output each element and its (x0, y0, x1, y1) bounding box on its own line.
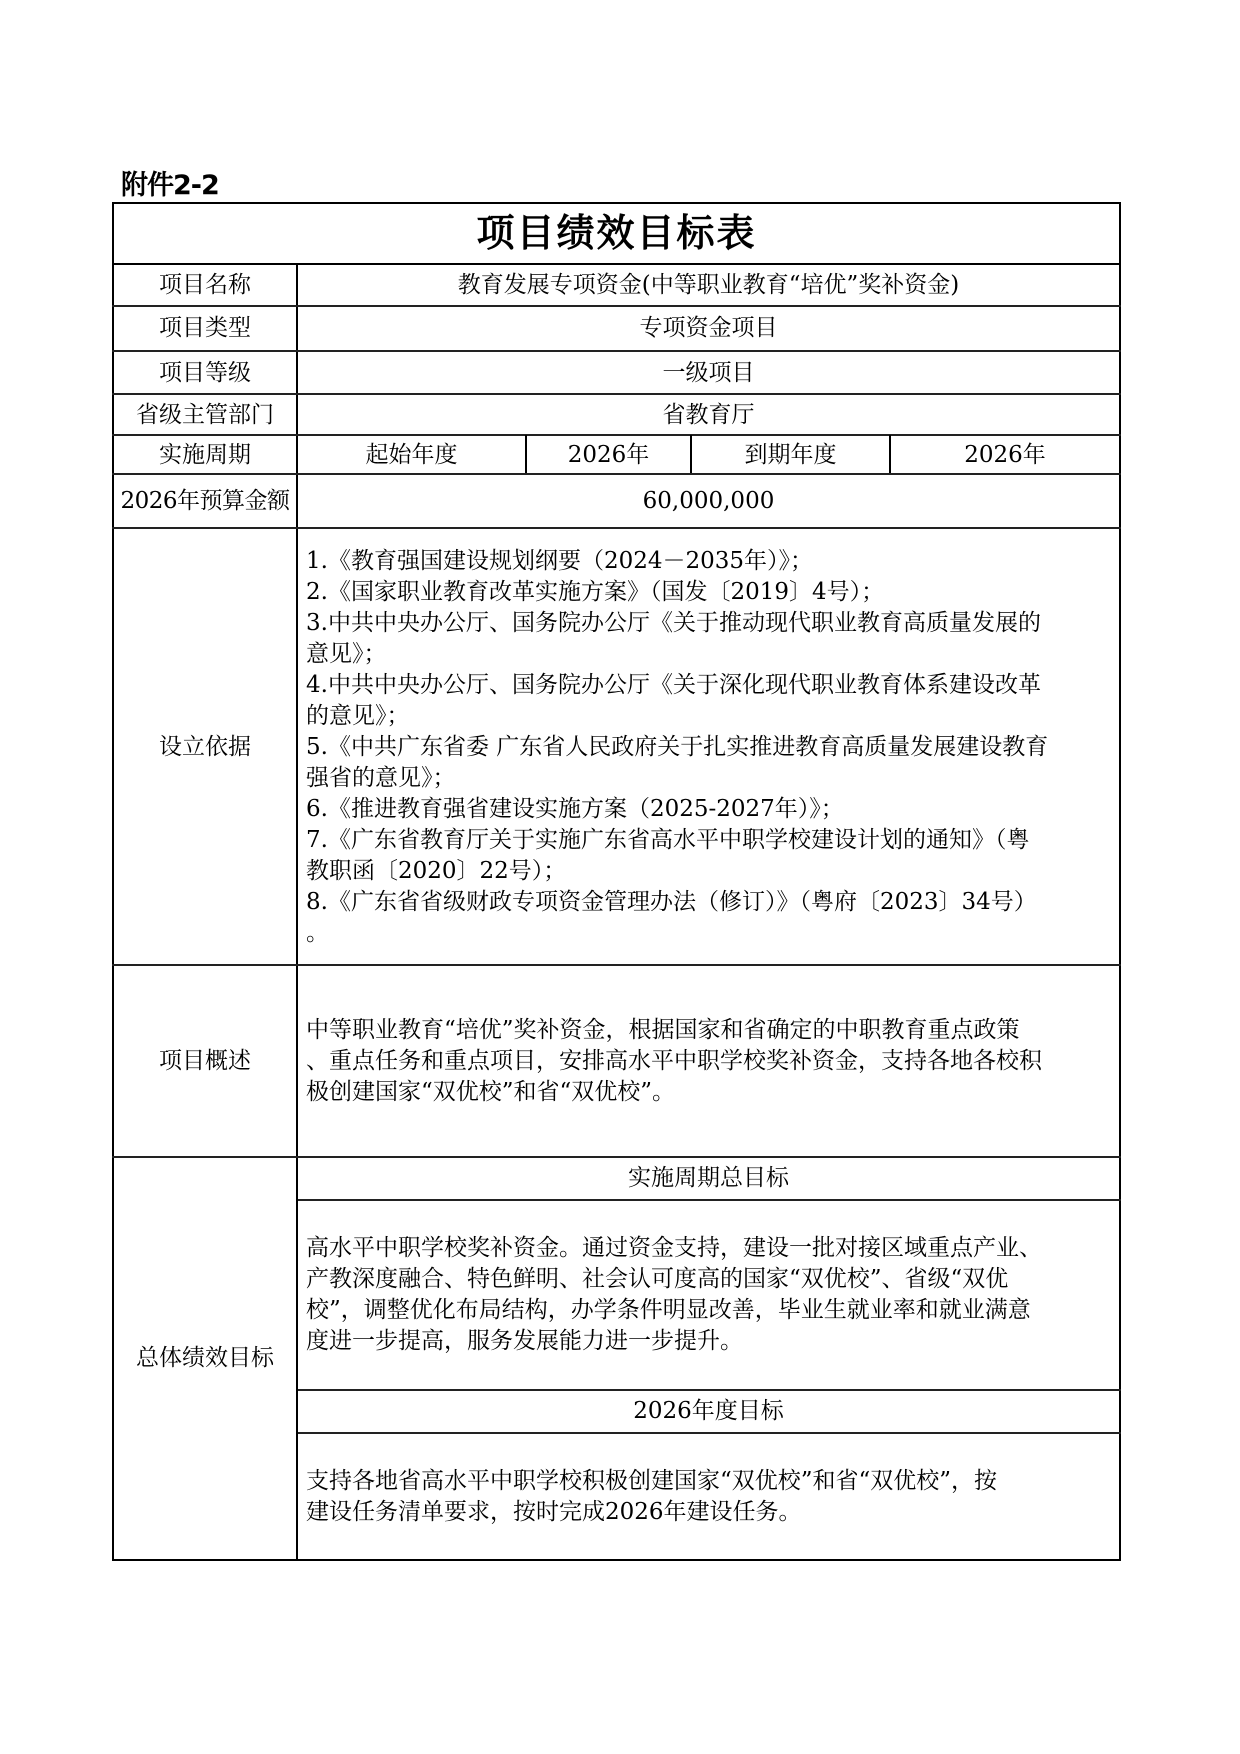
label-project-type: 项目类型 (114, 307, 296, 350)
value-end-year: 2026年 (891, 436, 1119, 474)
period-goal-text: 高水平中职学校奖补资金。通过资金支持，建设一批对接区域重点产业、 产教深度融合、… (298, 1201, 1119, 1389)
value-project-level: 一级项目 (298, 352, 1119, 394)
basis-line: 8.《广东省省级财政专项资金管理办法（修订）》（粤府〔2023〕34号） (306, 887, 1048, 918)
basis-line: 4.中共中央办公厅、国务院办公厅《关于深化现代职业教育体系建设改革 (306, 670, 1048, 701)
period-goal-header: 实施周期总目标 (298, 1158, 1119, 1199)
period-goal-line: 度进一步提高，服务发展能力进一步提升。 (306, 1326, 1042, 1357)
value-basis: 1.《教育强国建设规划纲要（2024－2035年）》； 2.《国家职业教育改革实… (298, 529, 1119, 965)
basis-line: 7.《广东省教育厅关于实施广东省高水平中职学校建设计划的通知》（粤 (306, 825, 1048, 856)
basis-line: 强省的意见》； (306, 763, 1048, 794)
annual-goal-line: 建设任务清单要求，按时完成2026年建设任务。 (306, 1497, 997, 1528)
label-start-year: 起始年度 (298, 436, 525, 474)
overview-line: 中等职业教育“培优”奖补资金，根据国家和省确定的中职教育重点政策 (306, 1015, 1042, 1046)
label-department: 省级主管部门 (114, 395, 296, 435)
value-budget: 60,000,000 (298, 475, 1119, 527)
label-period: 实施周期 (114, 436, 296, 474)
table-title: 项目绩效目标表 (112, 202, 1121, 264)
value-start-year: 2026年 (527, 436, 690, 474)
overview-line: 极创建国家“双优校”和省“双优校”。 (306, 1077, 1042, 1108)
overview-line: 、重点任务和重点项目，安排高水平中职学校奖补资金，支持各地各校积 (306, 1046, 1042, 1077)
annual-goal-lines: 支持各地省高水平中职学校积极创建国家“双优校”和省“双优校”，按 建设任务清单要… (306, 1466, 997, 1528)
basis-line: 教职函〔2020〕22号）； (306, 856, 1048, 887)
annual-goal-text: 支持各地省高水平中职学校积极创建国家“双优校”和省“双优校”，按 建设任务清单要… (298, 1434, 1119, 1559)
basis-line: 的意见》； (306, 701, 1048, 732)
basis-line: 意见》； (306, 639, 1048, 670)
basis-line: 5.《中共广东省委 广东省人民政府关于扎实推进教育高质量发展建设教育 (306, 732, 1048, 763)
basis-list: 1.《教育强国建设规划纲要（2024－2035年）》； 2.《国家职业教育改革实… (306, 546, 1048, 949)
basis-line: 。 (306, 918, 1048, 949)
label-project-level: 项目等级 (114, 352, 296, 394)
label-project-name: 项目名称 (114, 264, 296, 306)
overview-text: 中等职业教育“培优”奖补资金，根据国家和省确定的中职教育重点政策 、重点任务和重… (306, 1015, 1042, 1108)
value-department: 省教育厅 (298, 395, 1119, 435)
annual-goal-header: 2026年度目标 (298, 1391, 1119, 1432)
label-budget: 2026年预算金额 (114, 475, 296, 527)
basis-line: 1.《教育强国建设规划纲要（2024－2035年）》； (306, 546, 1048, 577)
basis-line: 2.《国家职业教育改革实施方案》（国发〔2019〕4号）； (306, 577, 1048, 608)
label-end-year: 到期年度 (692, 436, 889, 474)
label-basis: 设立依据 (114, 529, 296, 965)
attachment-label: 附件2-2 (121, 163, 219, 202)
basis-line: 3.中共中央办公厅、国务院办公厅《关于推动现代职业教育高质量发展的 (306, 608, 1048, 639)
annual-goal-line: 支持各地省高水平中职学校积极创建国家“双优校”和省“双优校”，按 (306, 1466, 997, 1497)
period-goal-line: 产教深度融合、特色鲜明、社会认可度高的国家“双优校”、省级“双优 (306, 1264, 1042, 1295)
period-goal-line: 高水平中职学校奖补资金。通过资金支持，建设一批对接区域重点产业、 (306, 1233, 1042, 1264)
value-overview: 中等职业教育“培优”奖补资金，根据国家和省确定的中职教育重点政策 、重点任务和重… (298, 966, 1119, 1157)
value-project-type: 专项资金项目 (298, 307, 1119, 350)
label-overall-goals: 总体绩效目标 (114, 1158, 296, 1559)
period-goal-lines: 高水平中职学校奖补资金。通过资金支持，建设一批对接区域重点产业、 产教深度融合、… (306, 1233, 1042, 1357)
basis-line: 6.《推进教育强省建设实施方案（2025-2027年）》； (306, 794, 1048, 825)
label-overview: 项目概述 (114, 966, 296, 1157)
period-goal-line: 校”，调整优化布局结构，办学条件明显改善，毕业生就业率和就业满意 (306, 1295, 1042, 1326)
value-project-name: 教育发展专项资金(中等职业教育“培优”奖补资金) (298, 264, 1119, 306)
